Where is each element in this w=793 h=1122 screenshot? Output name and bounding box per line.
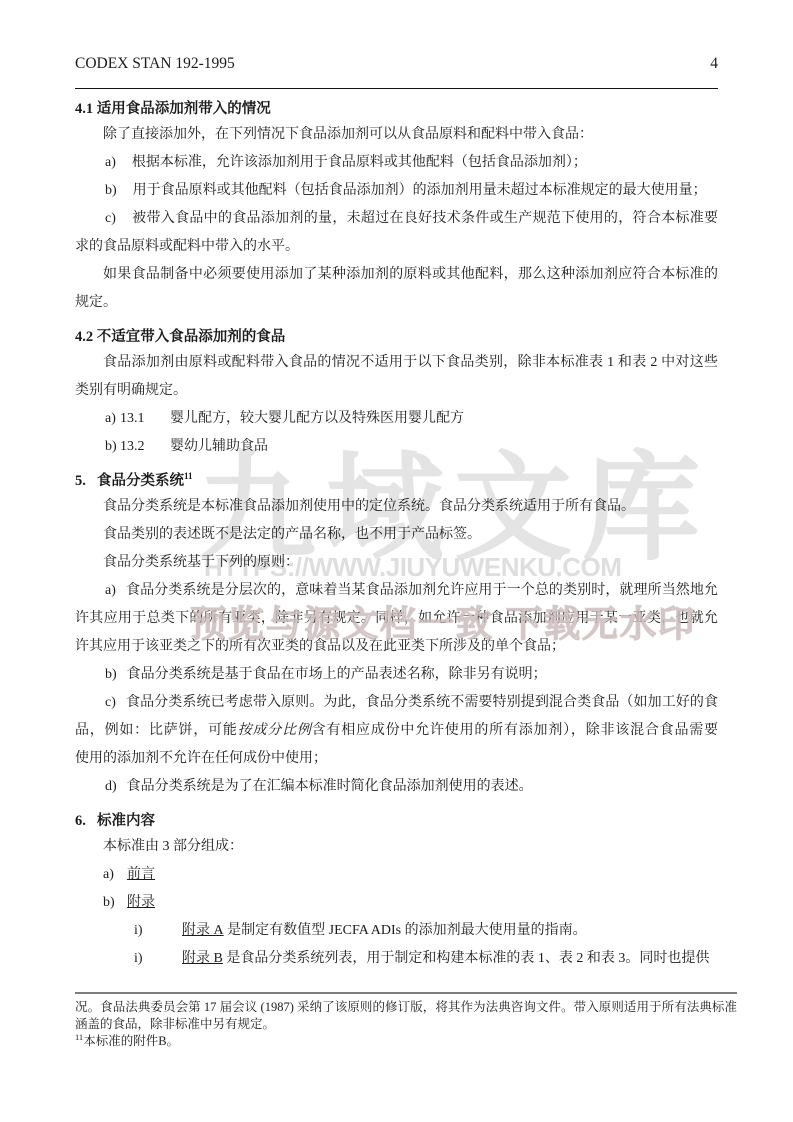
- item-text: 根据本标准，允许该添加剂用于食品原料或其他配料（包括食品添加剂）；: [132, 155, 587, 170]
- sub-list-item: i)附录 A 是制定有数值型 JECFA ADIs 的添加剂最大使用量的指南。: [75, 917, 718, 945]
- header-rule: [75, 88, 718, 89]
- item-link: 附录: [127, 895, 155, 910]
- item-text: 食品分类系统是基于食品在市场上的产品表述名称，除非另有说明；: [127, 667, 547, 682]
- item-text-italic: 按成分比例: [238, 723, 312, 738]
- section-title: 标准内容: [97, 813, 155, 829]
- sub-list-item: i)附录 B 是食品分类系统列表，用于制定和构建本标准的表 1、表 2 和表 3…: [75, 945, 718, 973]
- item-text: 食品分类系统是为了在汇编本标准时简化食品添加剂使用的表述。: [127, 779, 533, 794]
- footnote-11: 11本标准的附件B。: [75, 1033, 737, 1050]
- annex-link: 附录 B: [182, 951, 223, 966]
- section-5-heading: 5.食品分类系统11: [75, 471, 718, 491]
- item-marker: c): [105, 695, 116, 710]
- category-number: 13.1: [120, 405, 170, 433]
- section-5-para: 食品分类系统是本标准食品添加剂使用中的定位系统。食品分类系统适用于所有食品。: [75, 493, 718, 521]
- item-marker: b): [103, 889, 127, 917]
- item-marker: i): [134, 917, 182, 945]
- page-number: 4: [710, 54, 718, 74]
- list-item: b)附录: [75, 889, 718, 917]
- item-marker: i): [134, 945, 182, 973]
- section-number: 5.: [75, 471, 97, 491]
- item-marker: c): [105, 211, 116, 226]
- section-4-2-intro: 食品添加剂由原料或配料带入食品的情况不适用于以下食品类别，除非本标准表 1 和表…: [75, 349, 718, 405]
- footnote-block: 况。食品法典委员会第 17 届会议 (1987) 采纳了该原则的修订版，将其作为…: [75, 992, 737, 1050]
- item-marker: a): [103, 861, 127, 889]
- page-content: CODEX STAN 192-1995 4 4.1 适用食品添加剂带入的情况 除…: [0, 0, 793, 973]
- section-6-intro: 本标准由 3 部分组成：: [75, 833, 718, 861]
- footnote-continuation: 况。食品法典委员会第 17 届会议 (1987) 采纳了该原则的修订版，将其作为…: [75, 999, 737, 1033]
- item-marker: b): [105, 183, 117, 198]
- section-4-2-heading: 4.2 不适宜带入食品添加剂的食品: [75, 327, 718, 347]
- list-item: b)13.2婴幼儿辅助食品: [75, 433, 718, 461]
- item-marker: a): [105, 405, 120, 433]
- item-link: 前言: [127, 867, 155, 882]
- item-marker: a): [105, 583, 116, 598]
- section-number: 6.: [75, 811, 97, 831]
- section-5-para: 食品类别的表述既不是法定的产品名称，也不用于产品标签。: [75, 521, 718, 549]
- list-item: b)食品分类系统是基于食品在市场上的产品表述名称，除非另有说明；: [75, 661, 718, 689]
- page-header: CODEX STAN 192-1995 4: [75, 54, 718, 74]
- section-4-1-intro: 除了直接添加外，在下列情况下食品添加剂可以从食品原料和配料中带入食品：: [75, 121, 718, 149]
- standard-number: CODEX STAN 192-1995: [75, 54, 235, 74]
- item-text: 婴儿配方，较大婴儿配方以及特殊医用婴儿配方: [170, 411, 464, 426]
- item-text: 是食品分类系统列表，用于制定和构建本标准的表 1、表 2 和表 3。同时也提供: [226, 951, 709, 966]
- list-item: d)食品分类系统是为了在汇编本标准时简化食品添加剂使用的表述。: [75, 773, 718, 801]
- section-4-1-heading: 4.1 适用食品添加剂带入的情况: [75, 99, 718, 119]
- annex-link: 附录 A: [182, 923, 224, 938]
- item-text: 食品分类系统是分层次的，意味着当某食品添加剂允许应用于一个总的类别时，就理所当然…: [75, 583, 718, 654]
- footnote-reference: 11: [184, 471, 193, 481]
- document-page: 九域文库 HTTPS://WWW.JIUYUWENKU.COM 预览与源文档一致…: [0, 0, 793, 1122]
- list-item: a)13.1婴儿配方，较大婴儿配方以及特殊医用婴儿配方: [75, 405, 718, 433]
- item-marker: a): [105, 155, 116, 170]
- item-marker: b): [105, 667, 117, 682]
- section-5-para: 食品分类系统基于下列的原则：: [75, 549, 718, 577]
- item-text: 婴幼儿辅助食品: [170, 439, 268, 454]
- footnote-text: 本标准的附件B。: [83, 1034, 179, 1048]
- list-item: a)前言: [75, 861, 718, 889]
- list-item: a)根据本标准，允许该添加剂用于食品原料或其他配料（包括食品添加剂）；: [75, 149, 718, 177]
- section-4-1-closing: 如果食品制备中必须要使用添加了某种添加剂的原料或其他配料，那么这种添加剂应符合本…: [75, 261, 718, 317]
- item-marker: d): [105, 779, 117, 794]
- list-item: a)食品分类系统是分层次的，意味着当某食品添加剂允许应用于一个总的类别时，就理所…: [75, 577, 718, 661]
- footnote-marker: 11: [75, 1032, 83, 1042]
- item-text: 是制定有数值型 JECFA ADIs 的添加剂最大使用量的指南。: [227, 923, 586, 938]
- item-text: 用于食品原料或其他配料（包括食品添加剂）的添加剂用量未超过本标准规定的最大使用量…: [133, 183, 707, 198]
- category-number: 13.2: [120, 433, 170, 461]
- list-item: c)被带入食品中的食品添加剂的量，未超过在良好技术条件或生产规范下使用的，符合本…: [75, 205, 718, 261]
- item-marker: b): [105, 433, 120, 461]
- section-title: 食品分类系统: [97, 473, 184, 489]
- section-6-heading: 6.标准内容: [75, 811, 718, 831]
- list-item: c)食品分类系统已考虑带入原则。为此，食品分类系统不需要特别提到混合类食品（如加…: [75, 689, 718, 773]
- item-text: 被带入食品中的食品添加剂的量，未超过在良好技术条件或生产规范下使用的，符合本标准…: [75, 211, 718, 254]
- list-item: b)用于食品原料或其他配料（包括食品添加剂）的添加剂用量未超过本标准规定的最大使…: [75, 177, 718, 205]
